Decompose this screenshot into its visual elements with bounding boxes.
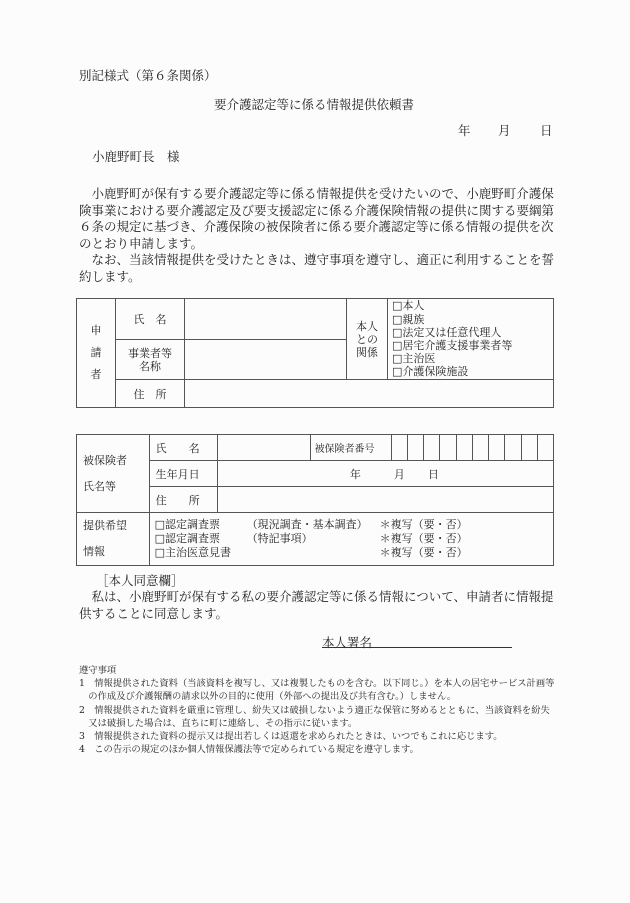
relation-option-relative[interactable]: □親族 <box>392 313 553 326</box>
insured-number-box-5[interactable] <box>456 435 472 461</box>
insured-section-label: 被保険者 氏名等 <box>77 435 150 513</box>
document-title: 要介護認定等に係る情報提供依頼書 <box>214 95 414 113</box>
insured-name-field[interactable] <box>217 435 310 461</box>
insured-section-label-line-2: 氏名等 <box>83 474 149 500</box>
signature-line[interactable] <box>322 647 512 648</box>
business-name-field[interactable] <box>185 340 347 380</box>
birthdate-day: 日 <box>428 466 439 482</box>
rule-text-4: この告示の規定のほか個人情報保護法等で定められている規定を遵守します。 <box>94 744 419 755</box>
rule-text-3: 情報提供された資料の提示又は提出若しくは返還を求められたときは、いつでもこれに応… <box>94 731 502 742</box>
rule-item-1: 1 情報提供された資料（当該資料を複写し、又は複製したものを含む。以下同じ。）を… <box>79 677 555 703</box>
business-name-label-line-2: 名称 <box>116 360 184 373</box>
insured-number-box-7[interactable] <box>489 435 505 461</box>
info-option-survey-basic-detail: （現況調査・基本調査） <box>247 518 368 532</box>
rules-section: 遵守事項 1 情報提供された資料（当該資料を複写し、又は複製したものを含む。以下… <box>79 664 555 756</box>
insured-address-field[interactable] <box>217 487 553 513</box>
rule-item-3: 3 情報提供された資料の提示又は提出若しくは返還を求められたときは、いつでもこれ… <box>79 730 555 743</box>
relation-label-line-2: との <box>347 333 387 346</box>
applicant-label-char-1: 申 <box>77 320 115 342</box>
insured-number-box-8[interactable] <box>505 435 521 461</box>
rule-number-3: 3 <box>79 731 85 742</box>
intro-paragraph-2: なお、当該情報提供を受けたときは、遵守事項を遵守し、適正に利用することを誓約しま… <box>79 252 555 285</box>
info-option-physician-opinion-label: □主治医意見書 <box>155 546 231 560</box>
info-option-survey-notes[interactable]: □認定調査票 （特記事項） ＊複写（要・否） <box>155 532 553 546</box>
insured-number-label: 被保険者番号 <box>310 435 391 461</box>
applicant-section-label: 申 請 者 <box>77 299 116 408</box>
rule-text-1: 情報提供された資料（当該資料を複写し、又は複製したものを含む。以下同じ。）を本人… <box>88 678 554 702</box>
rule-number-2: 2 <box>79 705 85 716</box>
requested-info-label: 提供希望 情報 <box>77 513 150 566</box>
relation-option-self[interactable]: □本人 <box>392 299 553 312</box>
relation-options: □本人 □親族 □法定又は任意代理人 □居宅介護支援事業者等 □主治医 □介護保… <box>388 299 554 380</box>
insured-number-box-6[interactable] <box>472 435 488 461</box>
addressee: 小鹿野町長 様 <box>92 147 180 165</box>
relation-label: 本人 との 関係 <box>347 299 388 380</box>
insured-address-label: 住 所 <box>149 487 217 513</box>
info-option-physician-opinion-copy[interactable]: ＊複写（要・否） <box>380 546 468 560</box>
rule-item-4: 4 この告示の規定のほか個人情報保護法等で定められている規定を遵守します。 <box>79 743 555 756</box>
rules-heading: 遵守事項 <box>79 664 555 677</box>
applicant-address-field[interactable] <box>185 380 554 408</box>
requested-info-label-line-1: 提供希望 <box>83 513 149 539</box>
relation-option-facility[interactable]: □介護保険施設 <box>392 365 553 378</box>
relation-option-agent[interactable]: □法定又は任意代理人 <box>392 326 553 339</box>
date-year-label: 年 <box>458 121 471 139</box>
form-reference: 別記様式（第６条関係） <box>79 66 217 84</box>
info-option-survey-basic[interactable]: □認定調査票 （現況調査・基本調査） ＊複写（要・否） <box>155 518 553 532</box>
consent-text: 私は、小鹿野町が保有する私の要介護認定等に係る情報について、申請者に情報提供する… <box>79 589 555 622</box>
info-option-survey-notes-label: □認定調査票 <box>155 532 220 546</box>
birthdate-label: 生年月日 <box>149 461 217 487</box>
rule-number-4: 4 <box>79 744 85 755</box>
insured-table: 被保険者 氏名等 氏 名 被保険者番号 生年月日 年 月 日 住 所 提供希望 … <box>76 434 554 566</box>
date-day-label: 日 <box>540 121 553 139</box>
relation-label-line-3: 関係 <box>347 346 387 359</box>
info-option-survey-notes-detail: （特記事項） <box>247 532 313 546</box>
insured-number-box-1[interactable] <box>391 435 407 461</box>
insured-section-label-line-1: 被保険者 <box>83 448 149 474</box>
applicant-table: 申 請 者 氏 名 本人 との 関係 □本人 □親族 □法定又は任意代理人 □居… <box>76 298 554 408</box>
business-name-label-line-1: 事業者等 <box>116 347 184 360</box>
relation-label-line-1: 本人 <box>347 320 387 333</box>
applicant-label-char-3: 者 <box>77 364 115 386</box>
applicant-name-label: 氏 名 <box>116 299 185 340</box>
birthdate-field[interactable]: 年 月 日 <box>217 461 553 487</box>
info-option-survey-notes-copy[interactable]: ＊複写（要・否） <box>380 532 468 546</box>
intro-text: 小鹿野町が保有する要介護認定等に係る情報提供を受けたいので、小鹿野町介護保険事業… <box>79 186 555 285</box>
info-option-physician-opinion[interactable]: □主治医意見書 ＊複写（要・否） <box>155 546 553 560</box>
insured-number-box-2[interactable] <box>408 435 424 461</box>
birthdate-month: 月 <box>394 466 405 482</box>
rule-number-1: 1 <box>79 678 85 689</box>
signature-label: 本人署名 <box>322 633 372 651</box>
relation-option-physician[interactable]: □主治医 <box>392 352 553 365</box>
info-option-survey-basic-label: □認定調査票 <box>155 518 220 532</box>
rule-item-2: 2 情報提供された資料を厳重に管理し、紛失又は破損しないよう適正な保管に努めると… <box>79 704 555 730</box>
birthdate-year: 年 <box>350 466 361 482</box>
relation-option-care-support[interactable]: □居宅介護支援事業者等 <box>392 339 553 352</box>
insured-number-box-3[interactable] <box>424 435 440 461</box>
insured-name-label: 氏 名 <box>149 435 217 461</box>
intro-paragraph-1: 小鹿野町が保有する要介護認定等に係る情報提供を受けたいので、小鹿野町介護保険事業… <box>79 186 555 252</box>
insured-number-box-4[interactable] <box>440 435 456 461</box>
insured-number-box-10[interactable] <box>537 435 553 461</box>
date-month-label: 月 <box>498 121 511 139</box>
requested-info-label-line-2: 情報 <box>83 539 149 565</box>
business-name-label: 事業者等 名称 <box>116 340 185 380</box>
requested-info-options: □認定調査票 （現況調査・基本調査） ＊複写（要・否） □認定調査票 （特記事項… <box>149 513 553 566</box>
applicant-label-char-2: 請 <box>77 342 115 364</box>
rule-text-2: 情報提供された資料を厳重に管理し、紛失又は破損しないよう適正な保管に努めるととも… <box>88 705 550 729</box>
insured-number-box-9[interactable] <box>521 435 537 461</box>
consent-heading: ［本人同意欄］ <box>96 571 184 589</box>
info-option-survey-basic-copy[interactable]: ＊複写（要・否） <box>380 518 468 532</box>
applicant-name-field[interactable] <box>185 299 347 340</box>
applicant-address-label: 住 所 <box>116 380 185 408</box>
